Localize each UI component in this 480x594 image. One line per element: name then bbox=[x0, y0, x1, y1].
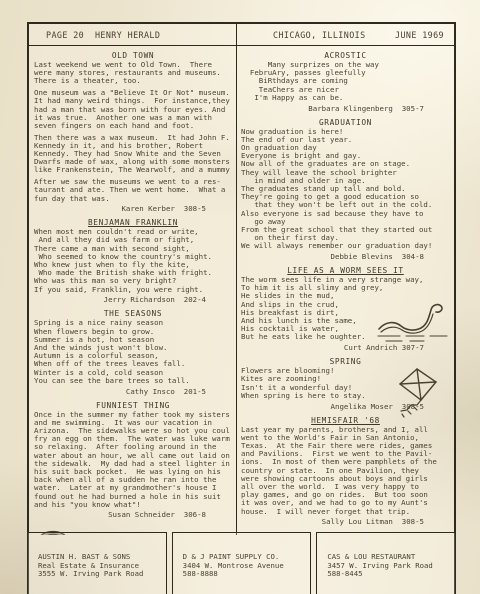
article-the-seasons: THE SEASONSSpring is a nice rainy season… bbox=[34, 309, 232, 395]
body-line: seven fingers on each hand and foot. bbox=[34, 122, 232, 130]
kite-icon bbox=[396, 367, 440, 419]
advertisements-row: AUSTIN H. BAST & SONSReal Estate & Insur… bbox=[27, 532, 456, 594]
worm-icon bbox=[376, 300, 450, 344]
masthead-location: CHICAGO, ILLINOIS bbox=[273, 30, 366, 40]
author-byline: Cathy Insco 201-5 bbox=[34, 387, 232, 396]
article-benjaman-franklin: BENJAMAN FRANKLINWhen most men couldn't … bbox=[34, 218, 232, 304]
article-graduation: GRADUATIONNow graduation is here!The end… bbox=[241, 118, 450, 262]
author-byline: Curt Andrich 307-7 bbox=[241, 343, 450, 352]
section-title: LIFE AS A WORM SEES IT bbox=[241, 266, 450, 275]
article-acrostic: ACROSTIC Many surprizes on the way Febru… bbox=[241, 51, 450, 113]
ad-box: D & J PAINT SUPPLY CO.3404 W. Montrose A… bbox=[172, 532, 312, 594]
section-title: GRADUATION bbox=[241, 118, 450, 127]
ad-box: CAS & LOU RESTAURANT3457 W. Irving Park … bbox=[316, 532, 456, 594]
masthead-date: JUNE 1969 bbox=[395, 30, 444, 40]
newspaper-scan: PAGE 20 HENRY HERALD CHICAGO, ILLINOIS J… bbox=[0, 0, 480, 594]
page-number-and-title: PAGE 20 HENRY HERALD bbox=[46, 30, 160, 40]
article-columns: OLD TOWNLast weekend we went to Old Town… bbox=[29, 46, 454, 535]
masthead-left: PAGE 20 HENRY HERALD bbox=[29, 24, 237, 45]
author-byline: Debbie Blevins 304-8 bbox=[241, 252, 450, 261]
article-hemisfair-68: HEMISFAIR '68Last year my parents, broth… bbox=[241, 416, 450, 527]
ad-line: 588-8888 bbox=[183, 570, 311, 579]
author-byline: Jerry Richardson 202-4 bbox=[34, 295, 232, 304]
section-title: ACROSTIC bbox=[241, 51, 450, 60]
article-old-town: OLD TOWNLast weekend we went to Old Town… bbox=[34, 51, 232, 213]
ad-box: AUSTIN H. BAST & SONSReal Estate & Insur… bbox=[27, 532, 167, 594]
body-line: If you said, Franklin, you were right. bbox=[34, 286, 232, 294]
section-title: HEMISFAIR '68 bbox=[241, 416, 450, 425]
body-line: I'm Happy as can be. bbox=[241, 94, 450, 102]
right-column: ACROSTIC Many surprizes on the way Febru… bbox=[237, 46, 454, 535]
author-byline: Karen Kerber 308-5 bbox=[34, 204, 232, 213]
page-frame: PAGE 20 HENRY HERALD CHICAGO, ILLINOIS J… bbox=[27, 22, 456, 594]
left-column: OLD TOWNLast weekend we went to Old Town… bbox=[29, 46, 237, 535]
section-title: SPRING bbox=[241, 357, 450, 366]
ad-line: 3555 W. Irving Park Road bbox=[38, 570, 166, 579]
section-title: FUNNIEST THING bbox=[34, 401, 232, 410]
body-line: house. I will never forget that trip. bbox=[241, 508, 450, 516]
body-line: We will always remember our graduation d… bbox=[241, 242, 450, 250]
section-title: OLD TOWN bbox=[34, 51, 232, 60]
article-life-as-a-worm-sees-it: LIFE AS A WORM SEES ITThe worm sees life… bbox=[241, 266, 450, 352]
author-byline: Sally Lou Litman 308-5 bbox=[241, 517, 450, 526]
body-line: and his "you know what"! bbox=[34, 501, 232, 509]
ad-line: 588-8445 bbox=[327, 570, 455, 579]
author-byline: Barbara Klingenberg 305-7 bbox=[241, 104, 450, 113]
section-title: BENJAMAN FRANKLIN bbox=[34, 218, 232, 227]
masthead-right: CHICAGO, ILLINOIS JUNE 1969 bbox=[237, 24, 454, 45]
body-line: like Frankenstein, The Wearwolf, and a m… bbox=[34, 166, 232, 174]
masthead: PAGE 20 HENRY HERALD CHICAGO, ILLINOIS J… bbox=[29, 24, 454, 46]
body-line: There is a theater, too. bbox=[34, 77, 232, 85]
body-line: fun day that was. bbox=[34, 195, 232, 203]
article-spring: SPRINGFlowers are blooming!Kites are zoo… bbox=[241, 357, 450, 410]
author-byline: Susan Schneider 306-8 bbox=[34, 510, 232, 519]
section-title: THE SEASONS bbox=[34, 309, 232, 318]
article-funniest-thing: FUNNIEST THINGOnce in the summer my fath… bbox=[34, 401, 232, 520]
body-line: You can see the bare trees so tall. bbox=[34, 377, 232, 385]
